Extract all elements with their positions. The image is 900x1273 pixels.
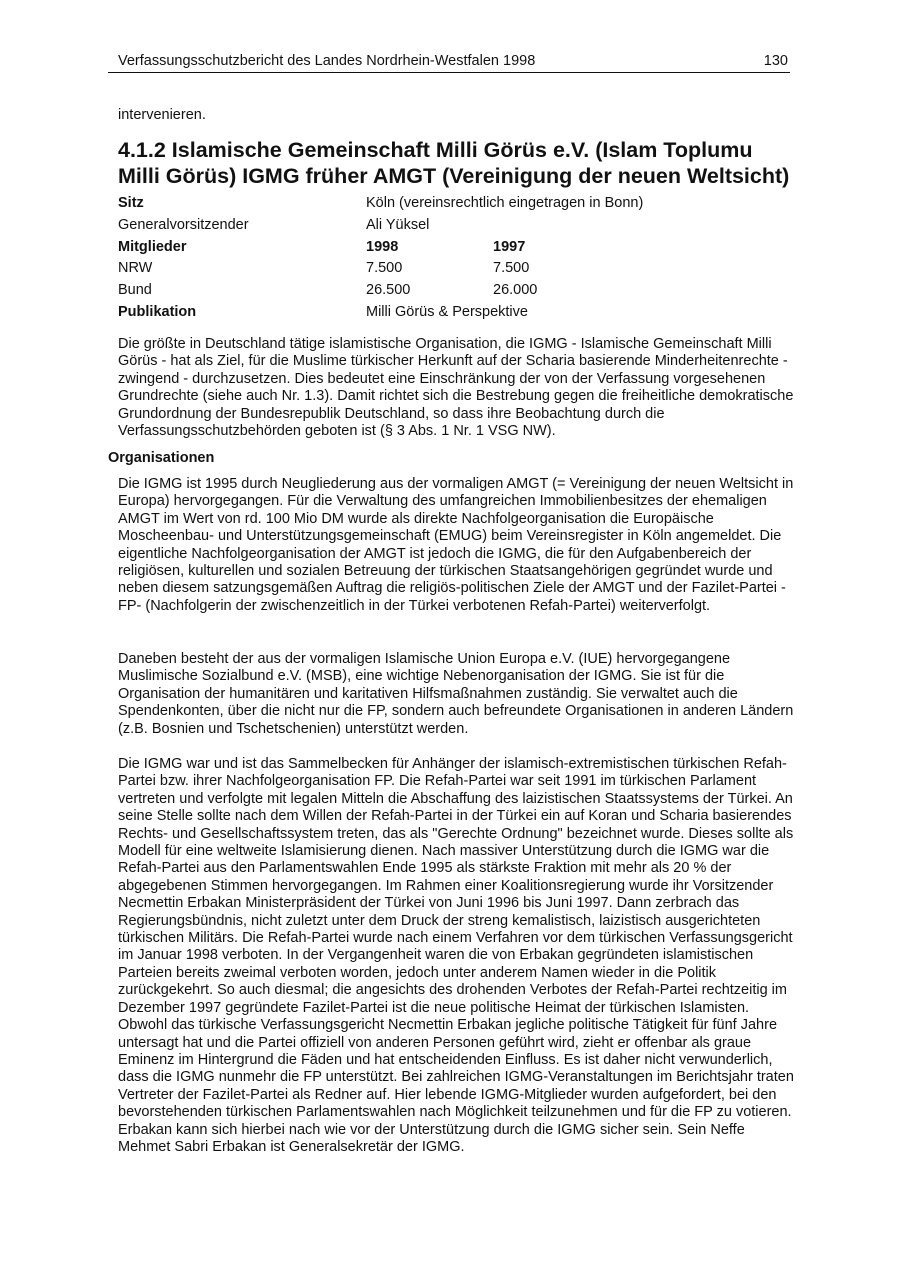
- bund-1997: 26.000: [493, 282, 537, 298]
- paragraph-2: Daneben besteht der aus der vormaligen I…: [118, 651, 798, 738]
- subheading-organisationen: Organisationen: [108, 450, 214, 466]
- year-1998: 1998: [366, 239, 398, 255]
- sitz-label: Sitz: [118, 195, 144, 211]
- continuation-text: intervenieren.: [118, 107, 206, 123]
- page-number: 130: [764, 53, 788, 69]
- publikation-value: Milli Görüs & Perspektive: [366, 304, 528, 320]
- bund-1998: 26.500: [366, 282, 410, 298]
- nrw-label: NRW: [118, 260, 152, 276]
- page-header: Verfassungsschutzbericht des Landes Nord…: [108, 52, 790, 73]
- bund-label: Bund: [118, 282, 152, 298]
- mitglieder-label: Mitglieder: [118, 239, 186, 255]
- running-title: Verfassungsschutzbericht des Landes Nord…: [118, 53, 535, 69]
- publikation-label: Publikation: [118, 304, 196, 320]
- nrw-1998: 7.500: [366, 260, 402, 276]
- vorsitz-value: Ali Yüksel: [366, 217, 429, 233]
- paragraph-3: Die IGMG war und ist das Sammelbecken fü…: [118, 756, 798, 1156]
- intro-paragraph: Die größte in Deutschland tätige islamis…: [118, 336, 798, 440]
- section-heading: 4.1.2 Islamische Gemeinschaft Milli Görü…: [118, 137, 798, 189]
- sitz-value: Köln (vereinsrechtlich eingetragen in Bo…: [366, 195, 643, 211]
- paragraph-1: Die IGMG ist 1995 durch Neugliederung au…: [118, 476, 798, 615]
- year-1997: 1997: [493, 239, 525, 255]
- vorsitz-label: Generalvorsitzender: [118, 217, 249, 233]
- nrw-1997: 7.500: [493, 260, 529, 276]
